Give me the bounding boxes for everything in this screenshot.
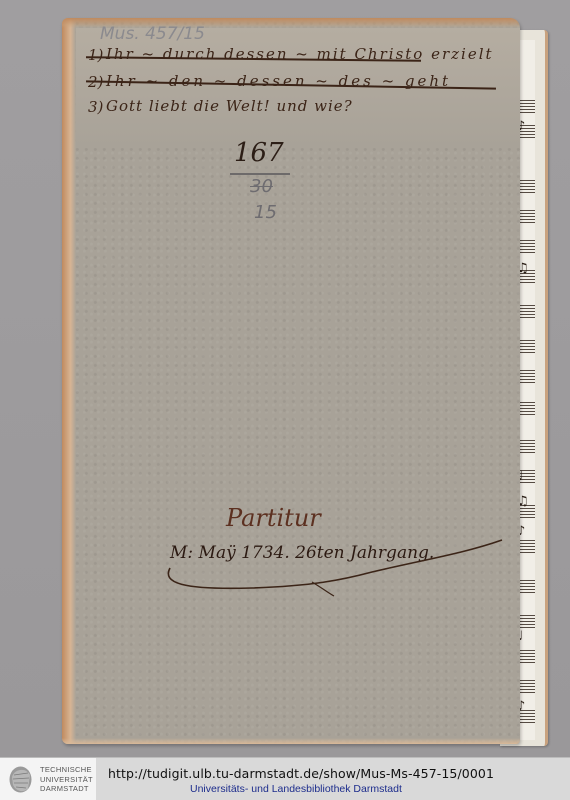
title-line-3-index: 3) bbox=[88, 98, 103, 116]
catalog-number: 167 bbox=[234, 138, 284, 168]
manuscript-cover: Mus. 457/15 1) Ihr ~ durch dessen ~ mit … bbox=[62, 18, 520, 744]
library-name: Universitäts- und Landesbibliothek Darms… bbox=[190, 783, 402, 795]
tu-darmstadt-branding: TECHNISCHE UNIVERSITÄT DARMSTADT bbox=[0, 758, 96, 800]
title-line-3: Gott liebt die Welt! und wie? bbox=[106, 97, 353, 115]
pencil-number-15: 15 bbox=[254, 202, 277, 223]
flourish-decoration bbox=[162, 538, 520, 598]
shelfmark-pencil: Mus. 457/15 bbox=[100, 24, 205, 44]
footer-bar: TECHNISCHE UNIVERSITÄT DARMSTADT http://… bbox=[0, 757, 570, 800]
athena-head-logo-icon bbox=[8, 765, 33, 794]
title-line-1-index: 1) bbox=[88, 46, 103, 64]
catalog-underline bbox=[230, 173, 290, 175]
partitur-label: Partitur bbox=[226, 504, 321, 532]
scan-area: ♪ ♫ ♩ ♫ ♪ ♩ ♪ Mus. 457/15 1) Ihr ~ durch… bbox=[0, 0, 570, 757]
pencil-number-30: 30 bbox=[250, 176, 273, 197]
tu-darmstadt-name: TECHNISCHE UNIVERSITÄT DARMSTADT bbox=[40, 765, 93, 794]
permalink-url[interactable]: http://tudigit.ulb.tu-darmstadt.de/show/… bbox=[108, 766, 494, 781]
